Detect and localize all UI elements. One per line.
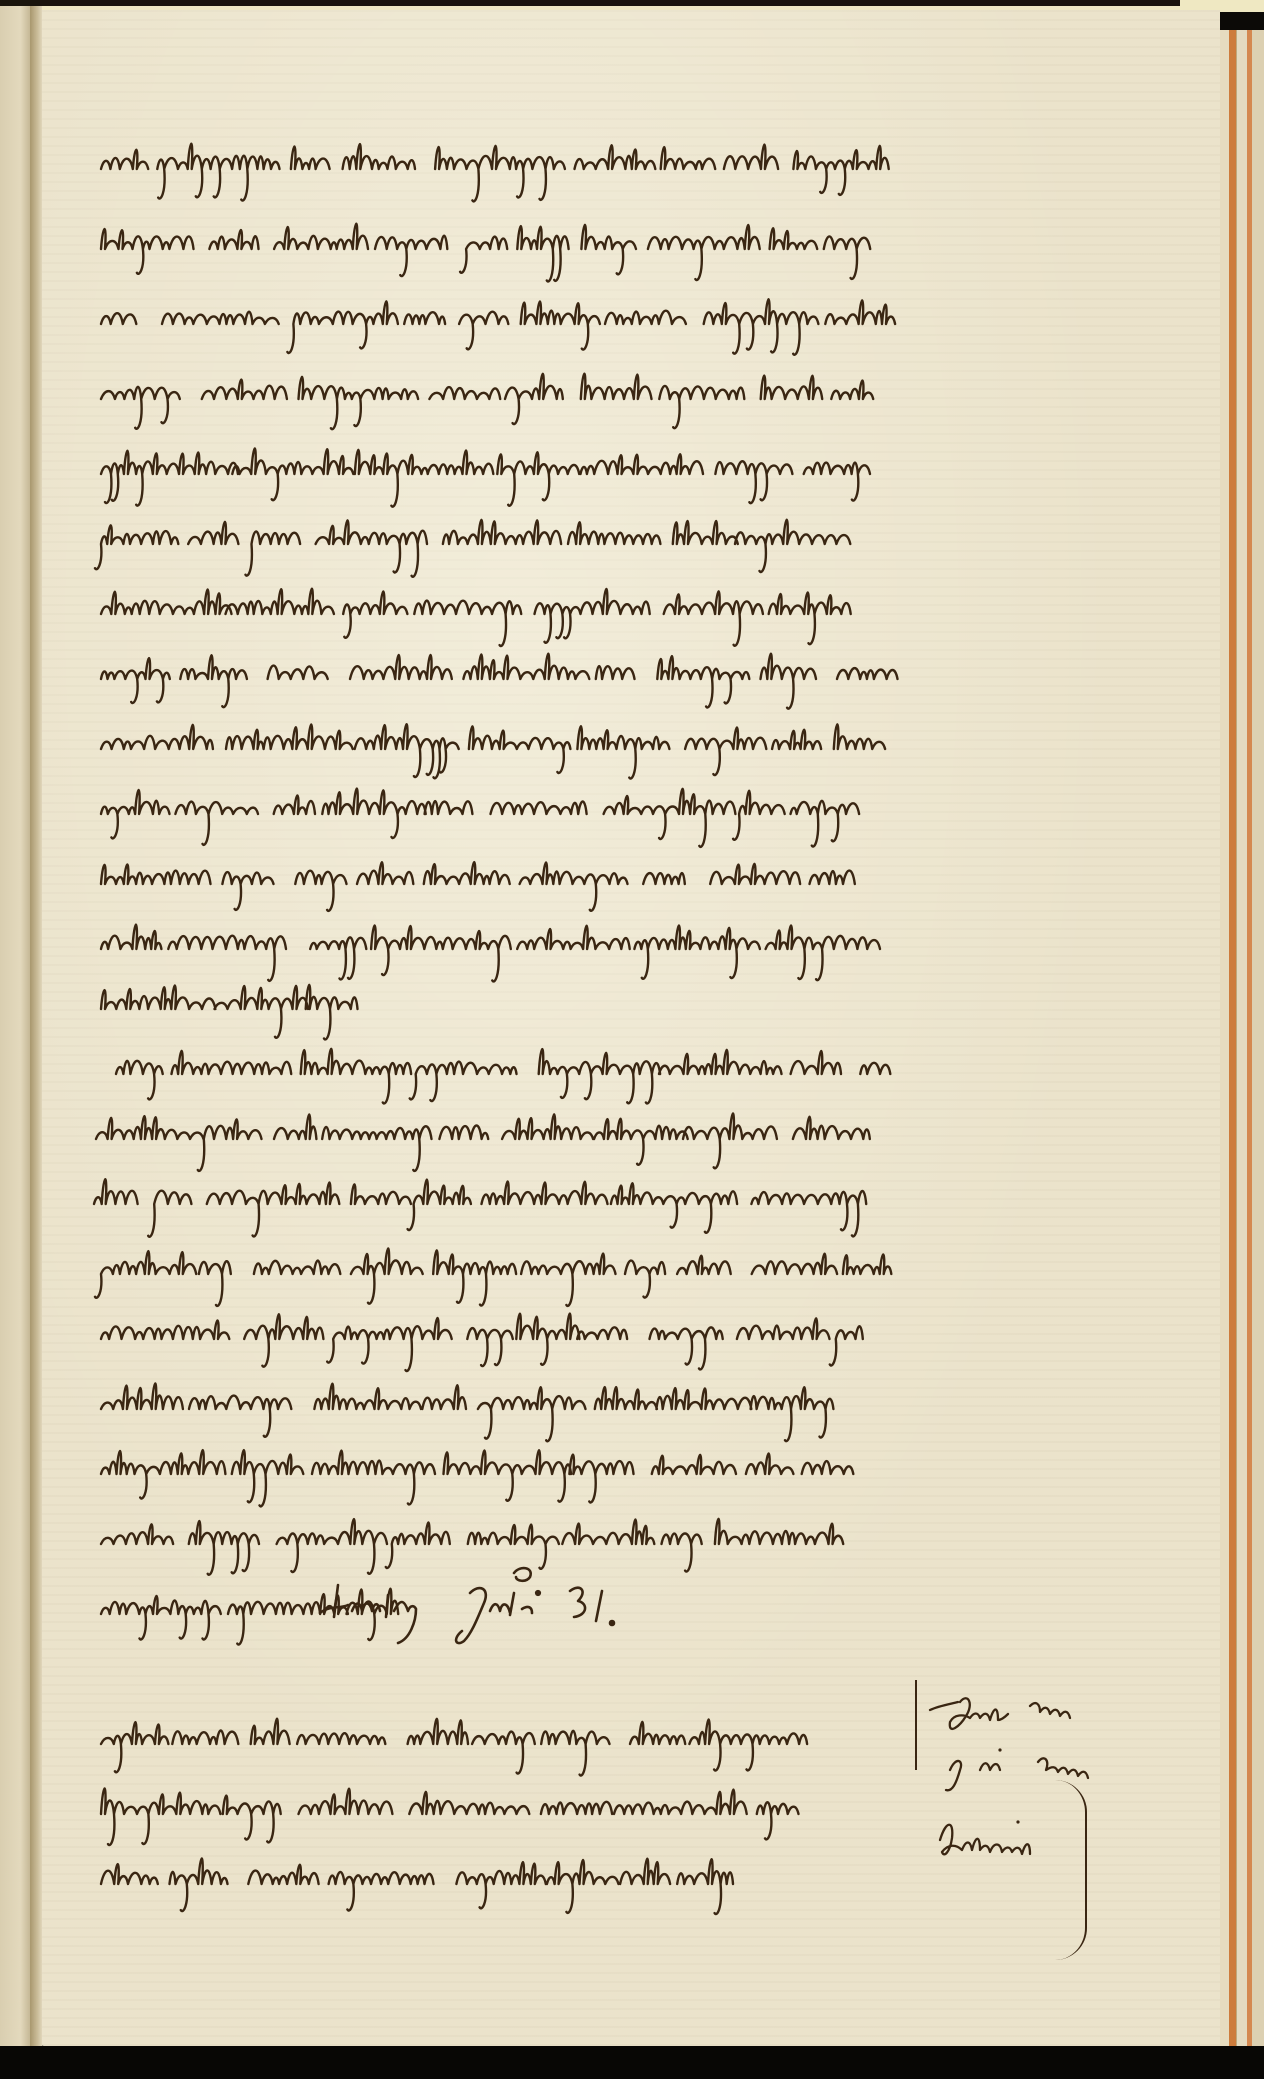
page-stack-red-edge [1228,30,1236,2060]
handwritten-line [95,1440,855,1500]
scan-background [0,2046,1264,2079]
margin-note: Kolizwerk [920,1670,1180,1900]
handwritten-line [95,1240,885,1300]
handwritten-line [95,1850,735,1910]
margin-bracket [915,1680,917,1770]
book-top-edge [0,0,1180,6]
handwritten-line [95,645,895,705]
handwritten-line [95,510,875,570]
handwritten-line [95,850,875,910]
handwritten-line [95,135,875,195]
handwritten-line [95,1780,815,1840]
page-stack-edge [1236,30,1247,2060]
handwritten-line [95,365,875,425]
handwritten-line [95,1375,865,1435]
handwritten-line [110,1040,890,1100]
handwritten-line [95,975,355,1035]
handwritten-line [95,290,885,350]
page-stack-edge [1252,30,1264,2060]
handwritten-line [95,580,865,640]
book-gutter [30,6,42,2046]
handwritten-line [95,1710,835,1770]
entry-date-heading: Dienstag Juli 31. [300,1565,720,1645]
handwritten-line [95,215,865,275]
facing-page-edge [0,6,34,2046]
handwritten-line [95,715,885,775]
handwritten-line [95,1305,865,1365]
handwritten-line [95,1510,855,1570]
handwritten-line [95,780,855,840]
handwritten-line [90,1105,870,1165]
handwritten-line [95,440,875,500]
handwritten-line [95,915,875,975]
handwritten-line [88,1170,868,1230]
